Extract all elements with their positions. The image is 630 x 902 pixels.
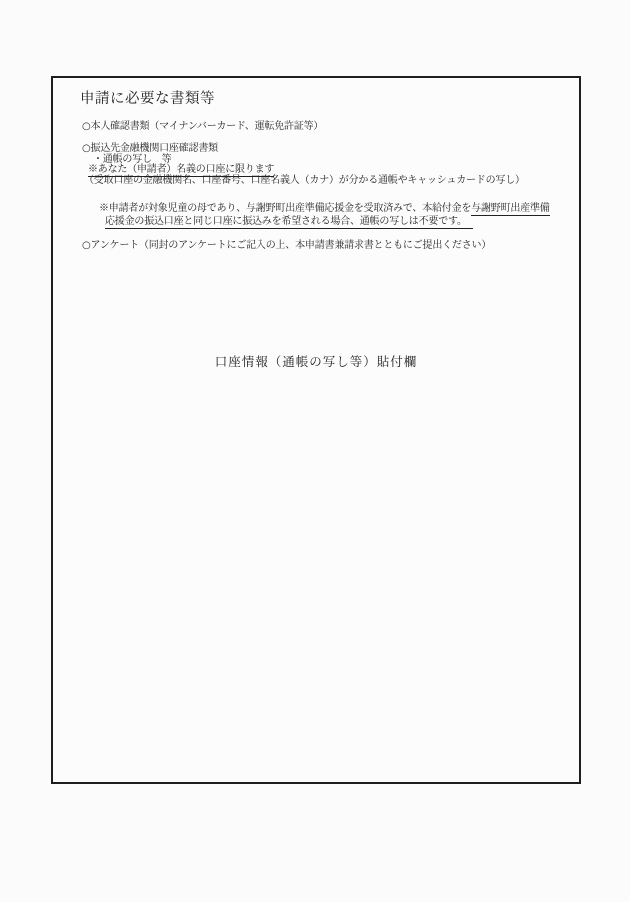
note-exemption-line2-underlined: 応援金の振込口座と同じ口座に振込みを希望される場合、通帳の写しは不要です。 xyxy=(105,216,473,229)
note-exemption-line2: 応援金の振込口座と同じ口座に振込みを希望される場合、通帳の写しは不要です。 xyxy=(105,216,473,228)
note-exemption-line1-underlined: 与謝野町出産準備 xyxy=(471,203,549,216)
note-exemption-line1: ※申請者が対象児童の母であり、与謝野町出産準備応援金を受取済みで、本給付金を与謝… xyxy=(99,203,550,215)
page-title: 申請に必要な書類等 xyxy=(80,91,215,107)
bank-info-paste-area-label: 口座情報（通帳の写し等）貼付欄 xyxy=(53,355,579,369)
page-background: { "doc": { "title": "申請に必要な書類等", "items"… xyxy=(0,0,630,902)
item-questionnaire: ○アンケート（同封のアンケートにご記入の上、本申請書兼請求書とともにご提出くださ… xyxy=(82,240,491,252)
document-border-box: 申請に必要な書類等 ○本人確認書類（マイナンバーカード、運転免許証等） ○振込先… xyxy=(51,76,581,784)
item-identity-documents: ○本人確認書類（マイナンバーカード、運転免許証等） xyxy=(82,121,323,133)
note-account-detail: （受取口座の金融機関名、口座番号、口座名義人（カナ）が分かる通帳やキャッシュカー… xyxy=(84,175,525,187)
note-exemption-line1-plain: ※申請者が対象児童の母であり、与謝野町出産準備応援金を受取済みで、本給付金を xyxy=(99,203,471,214)
